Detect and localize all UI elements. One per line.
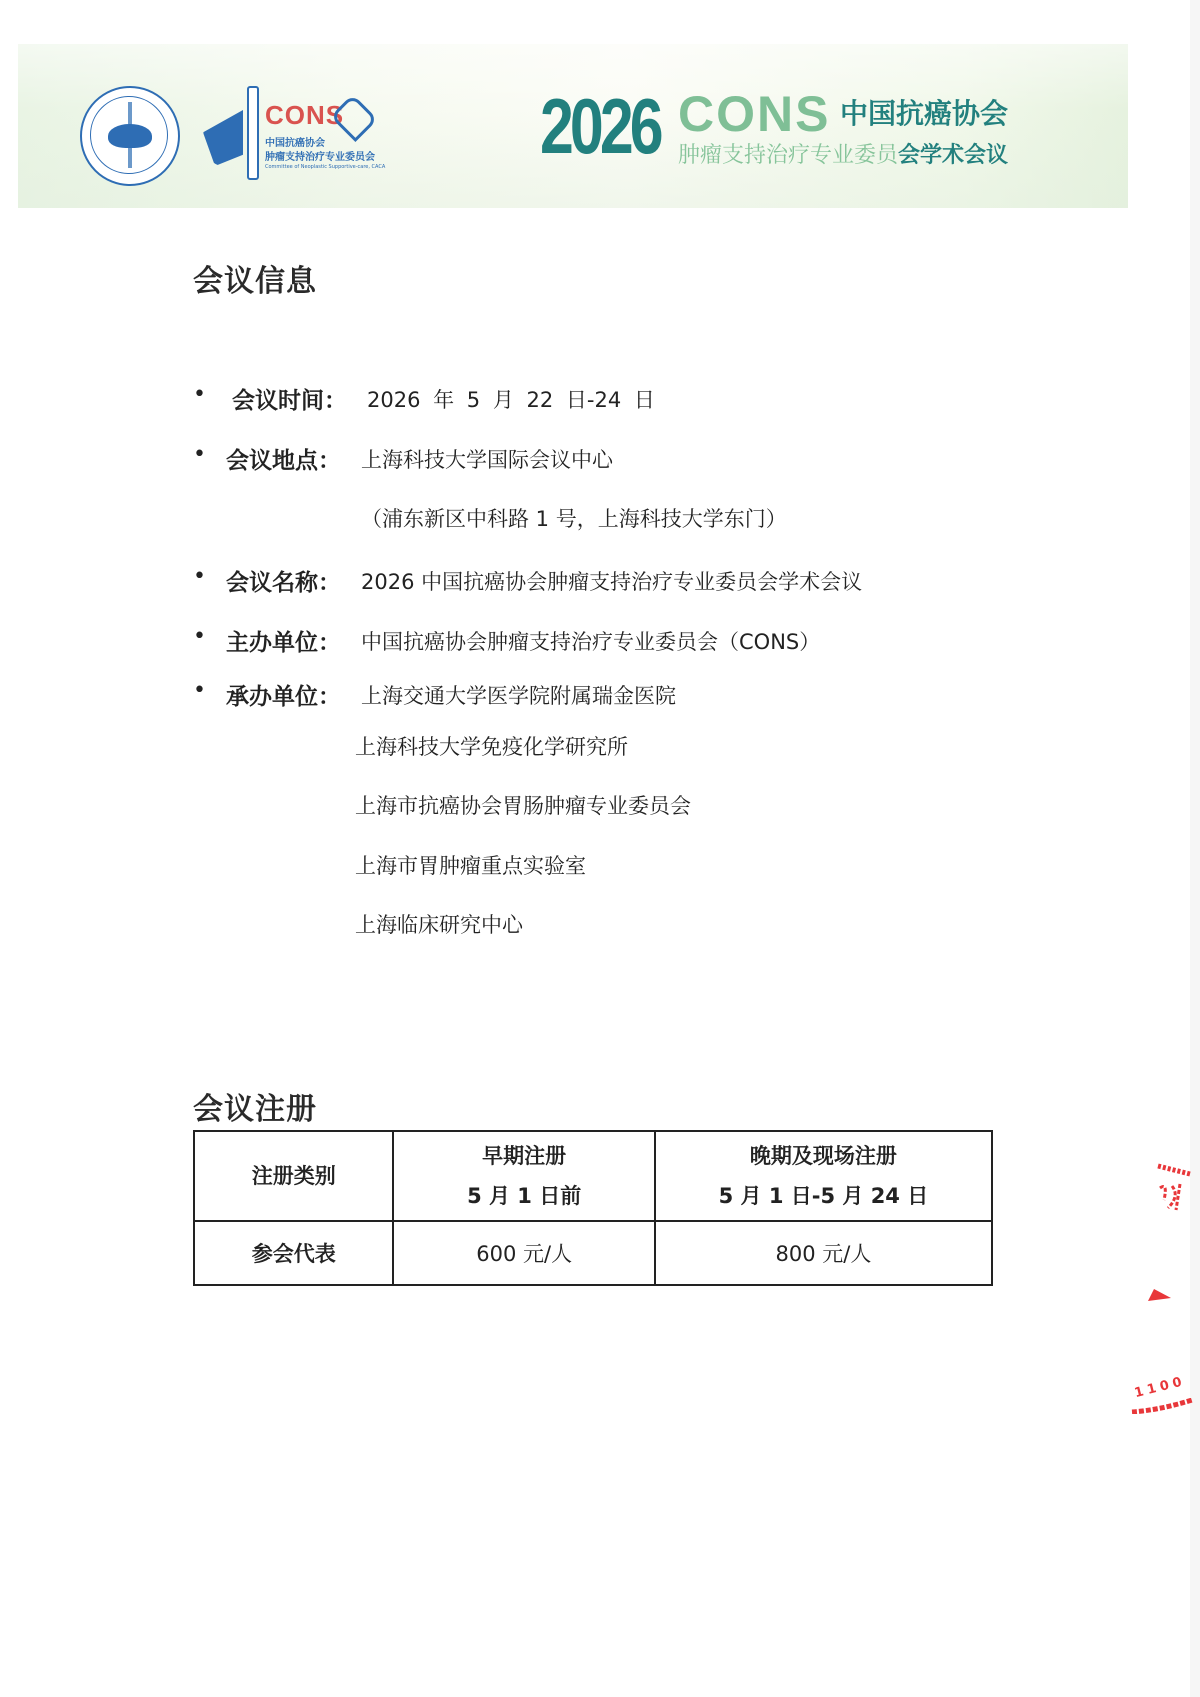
label-host: 主办单位：	[226, 624, 341, 657]
cons-logo: CONS 中国抗癌协会 肿瘤支持治疗专业委员会 Committee of Neo…	[203, 82, 403, 192]
bullet: •	[193, 624, 206, 649]
seal-star-icon	[1148, 1288, 1172, 1302]
cons-logo-word: CONS	[265, 100, 344, 131]
label-time: 会议时间：	[232, 382, 347, 415]
cell-category: 参会代表	[194, 1221, 393, 1285]
cell-early-price: 600 元/人	[393, 1221, 654, 1285]
caa-logo	[80, 86, 180, 186]
value-name: 2026 中国抗癌协会肿瘤支持治疗专业委员会学术会议	[361, 566, 862, 596]
title-year: 2026	[540, 86, 660, 166]
label-venue: 会议地点：	[226, 442, 341, 475]
table-header-row: 注册类别 早期注册 5 月 1 日前 晚期及现场注册 5 月 1 日-5 月 2…	[194, 1131, 992, 1221]
label-organizer: 承办单位：	[226, 678, 341, 711]
registration-table: 注册类别 早期注册 5 月 1 日前 晚期及现场注册 5 月 1 日-5 月 2…	[193, 1130, 993, 1286]
table-row: 参会代表 600 元/人 800 元/人	[194, 1221, 992, 1285]
title-cons: CONS	[678, 88, 830, 140]
bullet: •	[193, 678, 206, 703]
value-host: 中国抗癌协会肿瘤支持治疗专业委员会（CONS）	[361, 626, 820, 656]
wing-icon	[203, 110, 243, 166]
value-organizer-4: 上海市胃肿瘤重点实验室	[355, 850, 586, 880]
section-heading-registration: 会议注册	[193, 1084, 317, 1128]
header-category: 注册类别	[194, 1131, 393, 1221]
cons-logo-english: Committee of Neoplastic Supportive-care,…	[265, 164, 385, 170]
header-early: 早期注册 5 月 1 日前	[393, 1131, 654, 1221]
header-late: 晚期及现场注册 5 月 1 日-5 月 24 日	[655, 1131, 992, 1221]
seal-fragment-icon	[1150, 1160, 1200, 1230]
value-organizer-2: 上海科技大学免疫化学研究所	[355, 731, 628, 761]
value-time: 2026 年 5 月 22 日-24 日	[367, 384, 655, 414]
page-edge	[1190, 0, 1200, 1697]
value-venue-address: （浦东新区中科路 1 号，上海科技大学东门）	[361, 503, 787, 533]
cons-logo-line1: 中国抗癌协会	[265, 134, 325, 149]
title-org: 中国抗癌协会	[840, 92, 1008, 132]
crab-icon	[108, 124, 152, 148]
sword-icon	[247, 86, 259, 180]
value-organizer-1: 上海交通大学医学院附属瑞金医院	[361, 680, 676, 710]
value-venue: 上海科技大学国际会议中心	[361, 444, 613, 474]
label-name: 会议名称：	[226, 564, 341, 597]
title-subtitle: 肿瘤支持治疗专业委员会学术会议	[678, 138, 1008, 169]
header-banner: CONS 中国抗癌协会 肿瘤支持治疗专业委员会 Committee of Neo…	[18, 44, 1128, 208]
cons-logo-line2: 肿瘤支持治疗专业委员会	[265, 148, 375, 163]
seal-arc-icon	[1130, 1398, 1194, 1414]
bullet: •	[193, 564, 206, 589]
bullet: •	[193, 442, 206, 467]
seal-text: 1100	[1133, 1374, 1187, 1401]
section-heading-info: 会议信息	[193, 256, 317, 300]
value-organizer-5: 上海临床研究中心	[355, 909, 523, 939]
bullet: •	[193, 382, 206, 407]
cell-late-price: 800 元/人	[655, 1221, 992, 1285]
value-organizer-3: 上海市抗癌协会胃肠肿瘤专业委员会	[355, 790, 691, 820]
